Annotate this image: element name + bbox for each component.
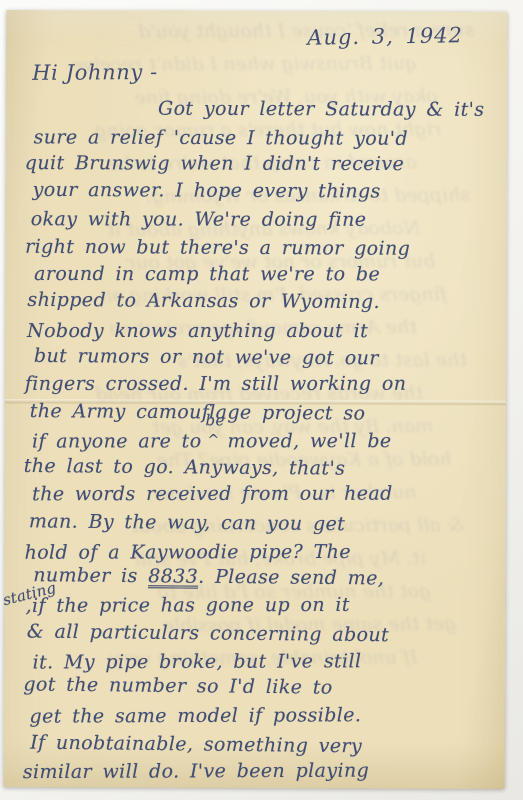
letter-line: sure a relief 'cause I thought you'd: [34, 124, 505, 153]
letter-greeting: Hi Johnny -: [32, 60, 158, 85]
letter-line: okay with you. We're doing fine: [31, 207, 502, 235]
inserted-word-above-caret: be^: [202, 428, 228, 447]
letter-line: the words received from our head: [32, 481, 503, 509]
letter-line: but rumors or not we've got our: [34, 343, 505, 374]
letter-line: shipped to Arkansas or Wyoming.: [27, 287, 498, 318]
letter-line: got the number so I'd like to: [23, 672, 494, 705]
letter-line: around in camp that we're to be: [34, 261, 505, 289]
letter-paper: sure a relief 'cause I thought you'dquit…: [4, 10, 508, 789]
margin-note: stating: [0, 574, 59, 614]
letter-line: & all particulars concerning about: [27, 619, 498, 651]
letter-line: quit Brunswig when I didn't receive: [25, 150, 496, 179]
letter-line: if anyone are tobe^moved, we'll be: [32, 428, 503, 456]
underlined-number: 8833: [148, 565, 198, 587]
letter-line: the last to go. Anyways, that's: [24, 453, 495, 485]
caret-mark: ^: [208, 427, 220, 455]
scanned-letter-page: sure a relief 'cause I thought you'dquit…: [0, 0, 523, 800]
letter-body: Got your letter Saturday & it'ssure a re…: [28, 95, 501, 786]
letter-line: Got your letter Saturday & it's: [30, 95, 501, 124]
letter-line: stating,if the price has gone up on it: [26, 591, 497, 620]
letter-line: the Army camouflage project so: [30, 398, 501, 429]
letter-line: man. By the way, can you get: [29, 508, 500, 540]
letter-line: fingers crossed. I'm still working on: [25, 371, 496, 399]
letter-line: Nobody knows anything about it: [27, 318, 498, 346]
letter-line: get the same model if possible.: [29, 702, 500, 732]
letter-line: your answer. I hope every things: [33, 177, 504, 207]
letter-line: number is 8833. Please send me,: [33, 562, 504, 594]
letter-date: Aug. 3, 1942: [307, 23, 463, 50]
letter-line: right now but there's a rumor going: [25, 234, 496, 264]
letter-line: similar will do. I've been playing: [23, 757, 494, 787]
